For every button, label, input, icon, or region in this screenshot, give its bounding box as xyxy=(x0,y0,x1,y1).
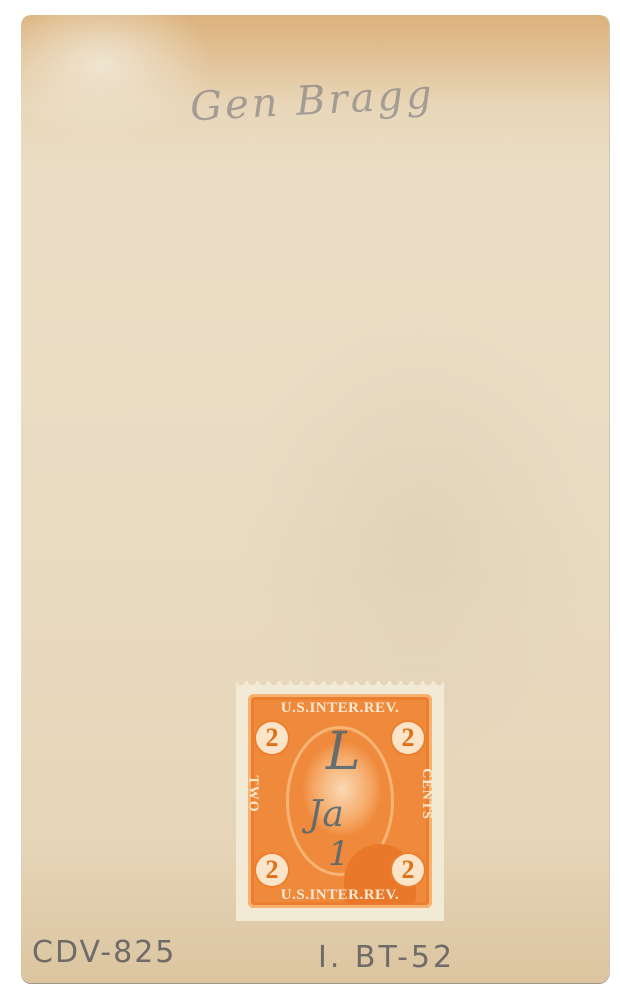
stamp-top-text: U.S.INTER.REV. xyxy=(248,700,432,717)
stamp-cancel-mark: 1 xyxy=(328,834,350,874)
revenue-stamp: U.S.INTER.REV. 2 2 TWO CENTS 2 2 U.S.INT… xyxy=(248,694,432,908)
stamp-side-text-left: TWO xyxy=(245,775,261,812)
catalog-number-left: CDV-825 xyxy=(32,935,176,970)
stamp-denomination: 2 xyxy=(392,854,424,886)
stamp-denomination: 2 xyxy=(256,854,288,886)
stamp-side-text-right: CENTS xyxy=(418,768,434,820)
stamp-denomination: 2 xyxy=(392,722,424,754)
stamp-cancel-mark: Ja xyxy=(308,794,344,835)
stamp-denomination: 2 xyxy=(256,722,288,754)
stamp-bottom-text: U.S.INTER.REV. xyxy=(248,887,432,904)
stamp-cancel-mark: L xyxy=(326,722,361,782)
catalog-number-right: I. BT-52 xyxy=(318,940,455,975)
